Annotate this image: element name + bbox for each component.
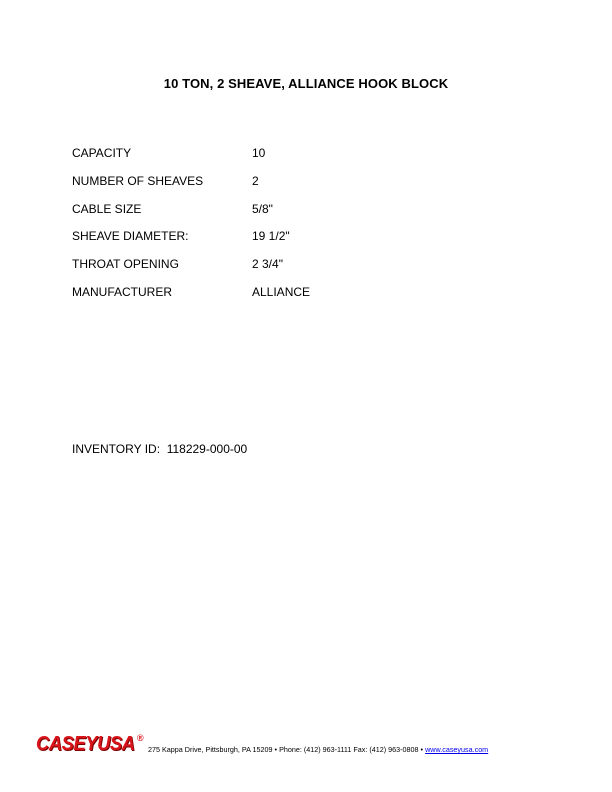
spec-label: CABLE SIZE bbox=[72, 202, 141, 216]
footer-address: 275 Kappa Drive, Pittsburgh, PA 15209 bbox=[148, 745, 273, 754]
footer-contact: 275 Kappa Drive, Pittsburgh, PA 15209 • … bbox=[148, 745, 488, 754]
footer-fax: Fax: (412) 963-0808 bbox=[353, 745, 418, 754]
spec-value: 2 3/4" bbox=[252, 257, 283, 271]
spec-value: ALLIANCE bbox=[252, 285, 310, 299]
spec-value: 5/8" bbox=[252, 202, 273, 216]
spec-value: 2 bbox=[252, 174, 259, 188]
separator-dot: • bbox=[275, 745, 278, 754]
document-title: 10 TON, 2 SHEAVE, ALLIANCE HOOK BLOCK bbox=[0, 76, 612, 91]
separator-dot: • bbox=[421, 745, 424, 754]
inventory-id: INVENTORY ID: 118229-000-00 bbox=[72, 442, 247, 456]
registered-mark: ® bbox=[137, 733, 144, 743]
spec-label: CAPACITY bbox=[72, 146, 131, 160]
spec-value: 10 bbox=[252, 146, 265, 160]
spec-label: SHEAVE DIAMETER: bbox=[72, 229, 188, 243]
spec-label: NUMBER OF SHEAVES bbox=[72, 174, 203, 188]
spec-label: MANUFACTURER bbox=[72, 285, 172, 299]
caseyusa-logo: CASEYUSA bbox=[36, 733, 135, 756]
footer-phone: Phone: (412) 963-1111 bbox=[279, 745, 351, 754]
inventory-label: INVENTORY ID: bbox=[72, 442, 160, 456]
footer: CASEYUSA ® 275 Kappa Drive, Pittsburgh, … bbox=[36, 733, 576, 757]
spec-label: THROAT OPENING bbox=[72, 257, 179, 271]
inventory-value: 118229-000-00 bbox=[167, 442, 248, 456]
website-link[interactable]: www.caseyusa.com bbox=[425, 745, 488, 754]
spec-value: 19 1/2" bbox=[252, 229, 290, 243]
